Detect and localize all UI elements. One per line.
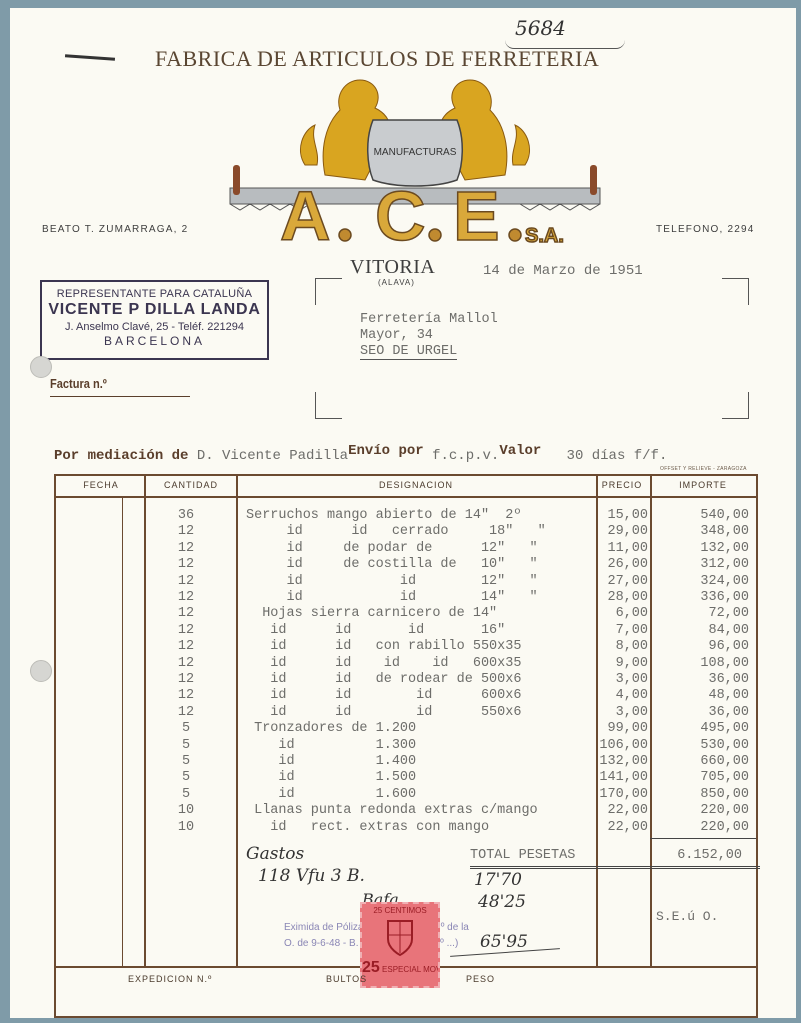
terms-line: Por mediación de D. Vicente PadillaEnvío… — [54, 448, 667, 464]
quantity-cell: 12 — [156, 688, 216, 703]
price-cell: 4,00 — [586, 688, 648, 703]
designation-cell: id id id 550x6 — [246, 705, 521, 720]
table-row: 12 id de podar de 12" "11,00132,00 — [56, 541, 756, 557]
total-label: TOTAL PESETAS — [470, 848, 575, 863]
quantity-cell: 5 — [156, 721, 216, 736]
address-corner — [315, 392, 342, 419]
company-address: BEATO T. ZUMARRAGA, 2 — [42, 224, 188, 235]
address-corner — [722, 278, 749, 305]
address-corner — [722, 392, 749, 419]
shipping-label: Envío por — [348, 443, 424, 459]
table-row: 5 id 1.600170,00850,00 — [56, 787, 756, 803]
designation-cell: id rect. extras con mango — [246, 820, 489, 835]
table-row: 5 id 1.300106,00530,00 — [56, 738, 756, 754]
price-cell: 8,00 — [586, 639, 648, 654]
quantity-cell: 12 — [156, 705, 216, 720]
table-row: 12 id id 12" "27,00324,00 — [56, 574, 756, 590]
designation-cell: id 1.600 — [246, 787, 416, 802]
amount-cell: 850,00 — [659, 787, 749, 802]
price-cell: 3,00 — [586, 705, 648, 720]
designation-cell: id id 12" " — [246, 574, 538, 589]
pencil-mark — [65, 54, 115, 60]
svg-text:S.A.: S.A. — [525, 225, 564, 247]
recipient-name: Ferretería Mallol — [360, 312, 498, 328]
table-row: 5 id 1.500141,00705,00 — [56, 770, 756, 786]
value-value: 30 días f/f. — [567, 448, 668, 464]
representative-stamp: REPRESENTANTE PARA CATALUÑA VICENTE P DI… — [40, 280, 269, 360]
quantity-cell: 5 — [156, 787, 216, 802]
header-precio: PRECIO — [596, 480, 648, 490]
designation-cell: id de costilla de 10" " — [246, 557, 538, 572]
quantity-cell: 12 — [156, 656, 216, 671]
price-cell: 11,00 — [586, 541, 648, 556]
header-designacion: DESIGNACION — [236, 480, 596, 490]
designation-cell: id id con rabillo 550x35 — [246, 639, 521, 654]
city: VITORIA — [350, 256, 435, 279]
quantity-cell: 12 — [156, 606, 216, 621]
amount-cell: 530,00 — [659, 738, 749, 753]
table-row: 12 id id de rodear de 500x63,0036,00 — [56, 672, 756, 688]
header-cantidad: CANTIDAD — [146, 480, 236, 490]
price-cell: 170,00 — [586, 787, 648, 802]
amount-cell: 96,00 — [659, 639, 749, 654]
company-title: FABRICA DE ARTICULOS DE FERRETERIA — [155, 46, 599, 72]
amount-cell: 312,00 — [659, 557, 749, 572]
amount-cell: 36,00 — [659, 672, 749, 687]
seuo-note: S.E.ú O. — [656, 909, 718, 924]
handwritten-gastos: Gastos — [246, 844, 304, 864]
amount-cell: 220,00 — [659, 820, 749, 835]
quantity-cell: 12 — [156, 590, 216, 605]
recipient-street: Mayor, 34 — [360, 328, 498, 344]
price-cell: 3,00 — [586, 672, 648, 687]
quantity-cell: 12 — [156, 524, 216, 539]
handwritten-figure-3: 65'95 — [480, 932, 528, 952]
designation-cell: Serruchos mango abierto de 14" 2º — [246, 508, 521, 523]
designation-cell: id 1.500 — [246, 770, 416, 785]
shipping-footer: EXPEDICION N.º BULTOS PESO — [54, 962, 758, 1018]
amount-cell: 336,00 — [659, 590, 749, 605]
table-row: 12 id id cerrado 18" "29,00348,00 — [56, 524, 756, 540]
price-cell: 27,00 — [586, 574, 648, 589]
price-cell: 141,00 — [586, 770, 648, 785]
svg-text:E: E — [453, 177, 500, 250]
province: (ALAVA) — [378, 278, 415, 287]
stamp-line-1: REPRESENTANTE PARA CATALUÑA — [42, 288, 267, 300]
price-cell: 99,00 — [586, 721, 648, 736]
amount-cell: 348,00 — [659, 524, 749, 539]
price-cell: 15,00 — [586, 508, 648, 523]
designation-cell: Hojas sierra carnicero de 14" — [246, 606, 497, 621]
amount-cell: 705,00 — [659, 770, 749, 785]
stamp-line-2: VICENTE P DILLA LANDA — [42, 301, 267, 319]
table-row: 10 id rect. extras con mango22,00220,00 — [56, 820, 756, 836]
designation-cell: id de podar de 12" " — [246, 541, 538, 556]
packages-label: BULTOS — [326, 974, 367, 984]
svg-text:C: C — [375, 177, 426, 250]
price-cell: 29,00 — [586, 524, 648, 539]
header-fecha: FECHA — [56, 480, 146, 490]
designation-cell: Tronzadores de 1.200 — [246, 721, 416, 736]
designation-cell: Llanas punta redonda extras c/mango — [246, 803, 538, 818]
coat-of-arms-icon — [380, 917, 420, 957]
designation-cell: id id 14" " — [246, 590, 538, 605]
amount-cell: 220,00 — [659, 803, 749, 818]
company-logo: MANUFACTURAS A C E S.A. — [225, 70, 605, 250]
table-row: 5 id 1.400132,00660,00 — [56, 754, 756, 770]
designation-cell: id id id 16" — [246, 623, 505, 638]
quantity-cell: 10 — [156, 820, 216, 835]
company-phone: TELEFONO, 2294 — [656, 224, 755, 235]
quantity-cell: 36 — [156, 508, 216, 523]
price-cell: 28,00 — [586, 590, 648, 605]
header-importe: IMPORTE — [650, 480, 756, 490]
quantity-cell: 5 — [156, 754, 216, 769]
handwritten-line-2: 118 Vfu 3 B. — [258, 866, 365, 886]
invoice-date: 14 de Marzo de 1951 — [483, 263, 643, 279]
price-cell: 6,00 — [586, 606, 648, 621]
table-row: 12 id de costilla de 10" "26,00312,00 — [56, 557, 756, 573]
price-cell: 22,00 — [586, 803, 648, 818]
price-cell: 132,00 — [586, 754, 648, 769]
table-row: 36Serruchos mango abierto de 14" 2º15,00… — [56, 508, 756, 524]
svg-text:A: A — [280, 177, 331, 250]
stamp-line-3: J. Anselmo Clavé, 25 - Teléf. 221294 — [42, 321, 267, 333]
table-row: 10 Llanas punta redonda extras c/mango22… — [56, 803, 756, 819]
price-cell: 9,00 — [586, 656, 648, 671]
quantity-cell: 5 — [156, 770, 216, 785]
handwritten-figure-1: 17'70 — [474, 870, 522, 890]
amount-cell: 48,00 — [659, 688, 749, 703]
amount-cell: 108,00 — [659, 656, 749, 671]
recipient-address: Ferretería Mallol Mayor, 34 SEO DE URGEL — [360, 312, 498, 360]
table-row: 12 id id id 600x64,0048,00 — [56, 688, 756, 704]
quantity-cell: 12 — [156, 672, 216, 687]
invoice-number-line — [50, 396, 190, 397]
table-row: 5 Tronzadores de 1.20099,00495,00 — [56, 721, 756, 737]
svg-text:MANUFACTURAS: MANUFACTURAS — [374, 147, 457, 158]
amount-cell: 660,00 — [659, 754, 749, 769]
amount-cell: 72,00 — [659, 606, 749, 621]
table-row: 12 Hojas sierra carnicero de 14"6,0072,0… — [56, 606, 756, 622]
designation-cell: id id de rodear de 500x6 — [246, 672, 521, 687]
price-cell: 26,00 — [586, 557, 648, 572]
amount-cell: 540,00 — [659, 508, 749, 523]
table-row: 12 id id id 550x63,0036,00 — [56, 705, 756, 721]
punch-hole — [30, 356, 52, 378]
quantity-cell: 12 — [156, 574, 216, 589]
items-table: FECHA CANTIDAD DESIGNACION PRECIO IMPORT… — [54, 474, 758, 968]
address-corner — [315, 278, 342, 305]
table-row: 12 id id 14" "28,00336,00 — [56, 590, 756, 606]
invoice-number-label: Factura n.º — [50, 376, 107, 391]
quantity-cell: 12 — [156, 623, 216, 638]
amount-cell: 36,00 — [659, 705, 749, 720]
shipment-number-label: EXPEDICION N.º — [128, 974, 212, 984]
quantity-cell: 5 — [156, 738, 216, 753]
designation-cell: id id cerrado 18" " — [246, 524, 546, 539]
table-row: 12 id id id id 600x359,00108,00 — [56, 656, 756, 672]
total-value: 6.152,00 — [650, 848, 742, 863]
stamp-line-4: BARCELONA — [42, 334, 267, 348]
price-cell: 7,00 — [586, 623, 648, 638]
intermediary-label: Por mediación de — [54, 448, 188, 464]
intermediary-value: D. Vicente Padilla — [197, 448, 348, 464]
stamp-top-text: 25 CENTIMOS — [362, 906, 438, 915]
designation-cell: id id id 600x6 — [246, 688, 521, 703]
price-cell: 106,00 — [586, 738, 648, 753]
recipient-city: SEO DE URGEL — [360, 344, 457, 360]
printer-mark: OFFSET Y RELIEVE - ZARAGOZA — [660, 466, 747, 472]
designation-cell: id 1.300 — [246, 738, 416, 753]
invoice-paper: 5684 FABRICA DE ARTICULOS DE FERRETERIA — [10, 8, 796, 1018]
value-label: Valor — [499, 443, 541, 459]
amount-cell: 324,00 — [659, 574, 749, 589]
shipping-value: f.c.p.v. — [432, 448, 499, 464]
amount-cell: 132,00 — [659, 541, 749, 556]
price-cell: 22,00 — [586, 820, 648, 835]
amount-cell: 495,00 — [659, 721, 749, 736]
quantity-cell: 10 — [156, 803, 216, 818]
total-rule — [470, 866, 760, 869]
quantity-cell: 12 — [156, 639, 216, 654]
punch-hole — [30, 660, 52, 682]
amount-cell: 84,00 — [659, 623, 749, 638]
handwritten-figure-2: 48'25 — [478, 892, 526, 912]
table-row: 12 id id con rabillo 550x358,0096,00 — [56, 639, 756, 655]
quantity-cell: 12 — [156, 557, 216, 572]
handwritten-reference: 5684 — [515, 16, 566, 40]
designation-cell: id 1.400 — [246, 754, 416, 769]
weight-label: PESO — [466, 974, 495, 984]
quantity-cell: 12 — [156, 541, 216, 556]
designation-cell: id id id id 600x35 — [246, 656, 521, 671]
table-row: 12 id id id 16"7,0084,00 — [56, 623, 756, 639]
subtotal-rule — [650, 838, 756, 839]
